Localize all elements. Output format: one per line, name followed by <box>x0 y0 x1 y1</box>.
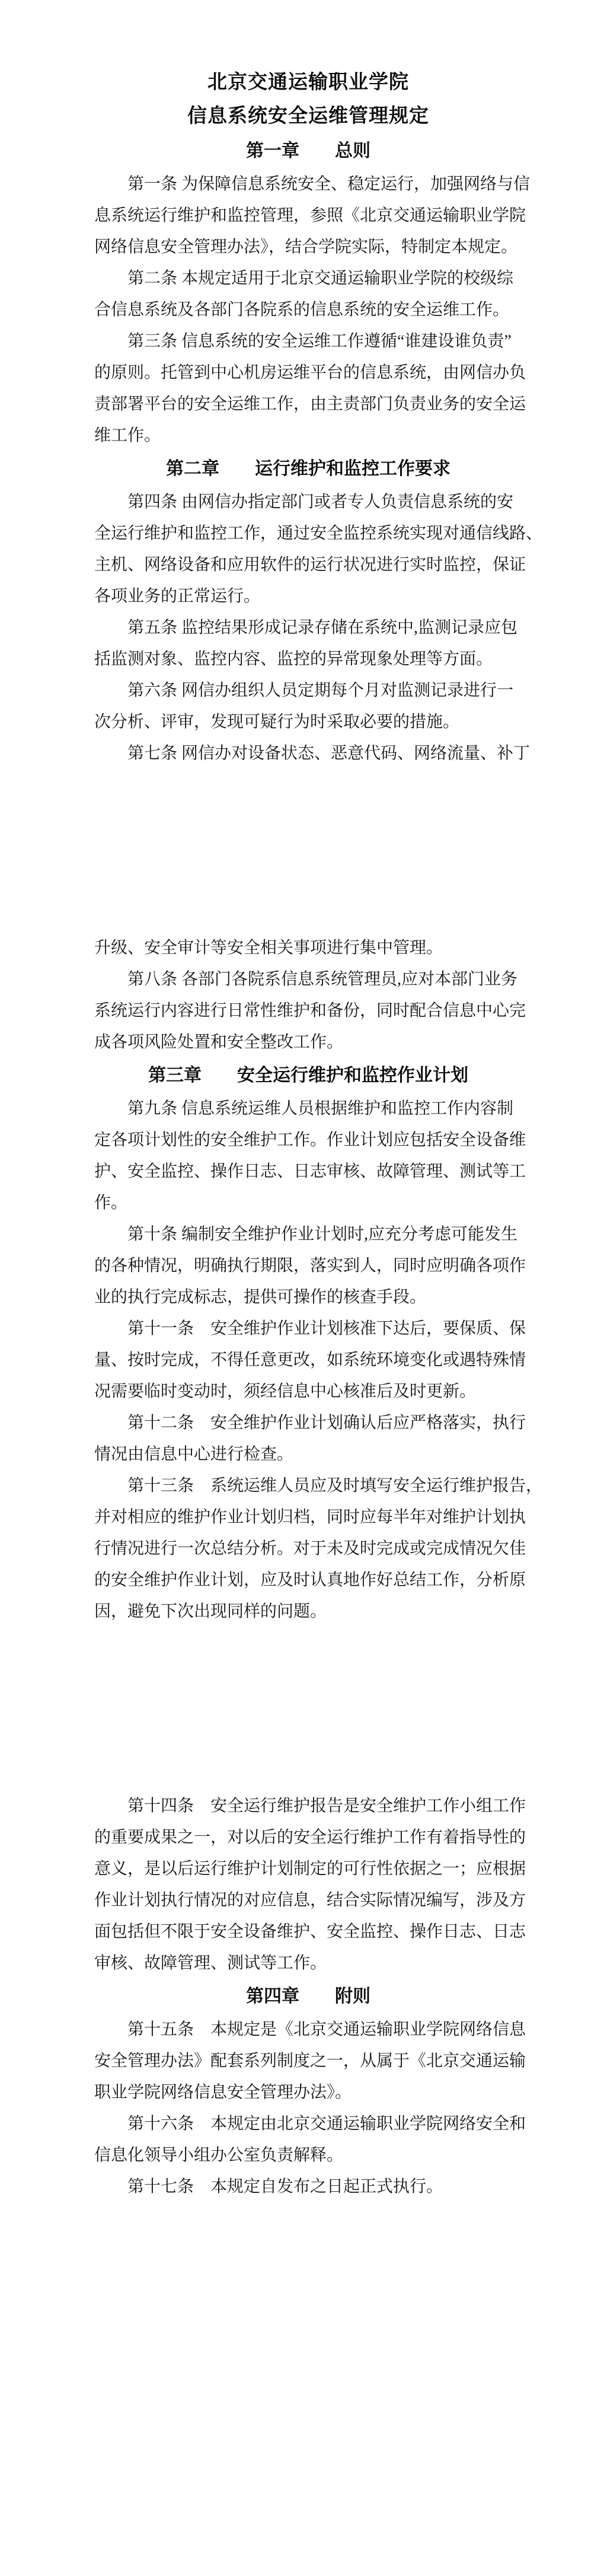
text-line: 的重要成果之一，对以后的安全运行维护工作有着指导性的 <box>94 1822 522 1853</box>
text-line: 第六条 网信办组织人员定期每个月对监测记录进行一 <box>94 675 522 706</box>
chapter-heading: 第四章 附则 <box>94 1981 522 2012</box>
text-line: 第十二条 安全维护作业计划确认后应严格落实，执行 <box>94 1407 522 1439</box>
paragraph: 第八条 各部门各院系信息系统管理员,应对本部门业务系统运行内容进行日常性维护和备… <box>94 964 522 1058</box>
text-line: 意义，是以后运行维护计划制定的可行性依据之一；应根据 <box>94 1853 522 1885</box>
text-line: 责部署平台的安全运维工作，由主责部门负责业务的安全运 <box>94 388 522 420</box>
paragraph: 第十七条 本规定自发布之日起正式执行。 <box>94 2171 522 2202</box>
text-line: 的各种情况，明确执行期限，落实到人，同时应明确各项作 <box>94 1250 522 1281</box>
document-page: 北京交通运输职业学院 信息系统安全运维管理规定 第一章 总则第一条 为保障信息系… <box>0 0 607 2576</box>
text-line: 第十条 编制安全维护作业计划时,应充分考虑可能发生 <box>94 1219 522 1250</box>
page-break-gap <box>94 1627 522 1790</box>
text-line: 全运行维护和监控工作，通过安全监控系统实现对通信线路、 <box>94 518 522 549</box>
paragraph: 第四条 由网信办指定部门或者专人负责信息系统的安全运行维护和监控工作，通过安全监… <box>94 486 522 612</box>
text-line: 升级、安全审计等安全相关事项进行集中管理。 <box>94 932 522 964</box>
paragraph: 升级、安全审计等安全相关事项进行集中管理。 <box>94 932 522 964</box>
text-line: 作业计划执行情况的对应信息，结合实际情况编写，涉及方 <box>94 1885 522 1916</box>
text-line: 面包括但不限于安全设备维护、安全监控、操作日志、日志 <box>94 1916 522 1947</box>
document-content: 北京交通运输职业学院 信息系统安全运维管理规定 第一章 总则第一条 为保障信息系… <box>94 0 522 2202</box>
text-line: 括监测对象、监控内容、监控的异常现象处理等方面。 <box>94 643 522 675</box>
text-line: 网络信息安全管理办法》，结合学院实际，特制定本规定。 <box>94 231 522 263</box>
text-line: 况需要临时变动时，须经信息中心核准后及时更新。 <box>94 1376 522 1407</box>
text-line: 行情况进行一次总结分析。对于未及时完成或完成情况欠佳 <box>94 1533 522 1564</box>
text-line: 主机、网络设备和应用软件的运行状况进行实时监控，保证 <box>94 549 522 581</box>
text-line: 第三条 信息系统的安全运维工作遵循“谁建设谁负责” <box>94 326 522 357</box>
document-title-line2: 信息系统安全运维管理规定 <box>94 100 522 133</box>
text-line: 安全管理办法》配套系列制度之一，从属于《北京交通运输 <box>94 2045 522 2077</box>
text-line: 第二条 本规定适用于北京交通运输职业学院的校级综 <box>94 263 522 294</box>
paragraph: 第十六条 本规定由北京交通运输职业学院网络安全和信息化领导小组办公室负责解释。 <box>94 2108 522 2171</box>
paragraph: 第一条 为保障信息系统安全、稳定运行，加强网络与信息系统运行维护和监控管理，参照… <box>94 168 522 263</box>
text-line: 护、安全监控、操作日志、日志审核、故障管理、测试等工 <box>94 1156 522 1187</box>
paragraph: 第十四条 安全运行维护报告是安全维护工作小组工作的重要成果之一，对以后的安全运行… <box>94 1790 522 1979</box>
text-line: 系统运行内容进行日常性维护和备份，同时配合信息中心完 <box>94 995 522 1026</box>
text-line: 第十四条 安全运行维护报告是安全维护工作小组工作 <box>94 1790 522 1822</box>
text-line: 职业学院网络信息安全管理办法》。 <box>94 2077 522 2108</box>
document-body: 第一章 总则第一条 为保障信息系统安全、稳定运行，加强网络与信息系统运行维护和监… <box>94 135 522 2202</box>
chapter-heading: 第三章 安全运行维护和监控作业计划 <box>94 1060 522 1091</box>
text-line: 成各项风险处置和安全整改工作。 <box>94 1026 522 1058</box>
paragraph: 第十一条 安全维护作业计划核准下达后，要保质、保量、按时完成，不得任意更改，如系… <box>94 1313 522 1407</box>
text-line: 各项业务的正常运行。 <box>94 581 522 612</box>
document-title-line1: 北京交通运输职业学院 <box>94 66 522 100</box>
text-line: 第八条 各部门各院系信息系统管理员,应对本部门业务 <box>94 964 522 995</box>
text-line: 合信息系统及各部门各院系的信息系统的安全运维工作。 <box>94 294 522 326</box>
text-line: 第十一条 安全维护作业计划核准下达后，要保质、保 <box>94 1313 522 1344</box>
text-line: 第十三条 系统运维人员应及时填写安全运行维护报告， <box>94 1470 522 1501</box>
text-line: 量、按时完成，不得任意更改，如系统环境变化或遇特殊情 <box>94 1344 522 1376</box>
paragraph: 第九条 信息系统运维人员根据维护和监控工作内容制定各项计划性的安全维护工作。作业… <box>94 1093 522 1219</box>
text-line: 定各项计划性的安全维护工作。作业计划应包括安全设备维 <box>94 1124 522 1156</box>
text-line: 并对相应的维护作业计划归档，同时应每半年对维护计划执 <box>94 1501 522 1533</box>
text-line: 维工作。 <box>94 420 522 451</box>
text-line: 因，避免下次出现同样的问题。 <box>94 1596 522 1627</box>
paragraph: 第二条 本规定适用于北京交通运输职业学院的校级综合信息系统及各部门各院系的信息系… <box>94 263 522 326</box>
text-line: 作。 <box>94 1187 522 1219</box>
chapter-heading: 第一章 总则 <box>94 135 522 167</box>
paragraph: 第七条 网信办对设备状态、恶意代码、网络流量、补丁 <box>94 738 522 769</box>
paragraph: 第十条 编制安全维护作业计划时,应充分考虑可能发生的各种情况，明确执行期限，落实… <box>94 1219 522 1313</box>
paragraph: 第十二条 安全维护作业计划确认后应严格落实，执行情况由信息中心进行检查。 <box>94 1407 522 1470</box>
text-line: 第四条 由网信办指定部门或者专人负责信息系统的安 <box>94 486 522 518</box>
text-line: 第七条 网信办对设备状态、恶意代码、网络流量、补丁 <box>94 738 522 769</box>
paragraph: 第六条 网信办组织人员定期每个月对监测记录进行一次分析、评审，发现可疑行为时采取… <box>94 675 522 738</box>
text-line: 息系统运行维护和监控管理，参照《北京交通运输职业学院 <box>94 200 522 231</box>
text-line: 第十七条 本规定自发布之日起正式执行。 <box>94 2171 522 2202</box>
text-line: 审核、故障管理、测试等工作。 <box>94 1947 522 1979</box>
page-break-gap <box>94 769 522 932</box>
text-line: 信息化领导小组办公室负责解释。 <box>94 2140 522 2171</box>
text-line: 的安全维护作业计划，应及时认真地作好总结工作，分析原 <box>94 1564 522 1596</box>
paragraph: 第十五条 本规定是《北京交通运输职业学院网络信息安全管理办法》配套系列制度之一，… <box>94 2014 522 2108</box>
text-line: 情况由信息中心进行检查。 <box>94 1439 522 1470</box>
text-line: 的原则。托管到中心机房运维平台的信息系统，由网信办负 <box>94 357 522 388</box>
text-line: 次分析、评审，发现可疑行为时采取必要的措施。 <box>94 706 522 738</box>
text-line: 第十五条 本规定是《北京交通运输职业学院网络信息 <box>94 2014 522 2045</box>
chapter-heading: 第二章 运行维护和监控工作要求 <box>94 453 522 484</box>
paragraph: 第五条 监控结果形成记录存储在系统中,监测记录应包括监测对象、监控内容、监控的异… <box>94 612 522 675</box>
text-line: 业的执行完成标志，提供可操作的核查手段。 <box>94 1281 522 1313</box>
text-line: 第一条 为保障信息系统安全、稳定运行，加强网络与信 <box>94 168 522 200</box>
text-line: 第九条 信息系统运维人员根据维护和监控工作内容制 <box>94 1093 522 1124</box>
paragraph: 第三条 信息系统的安全运维工作遵循“谁建设谁负责”的原则。托管到中心机房运维平台… <box>94 326 522 451</box>
paragraph: 第十三条 系统运维人员应及时填写安全运行维护报告，并对相应的维护作业计划归档，同… <box>94 1470 522 1627</box>
text-line: 第五条 监控结果形成记录存储在系统中,监测记录应包 <box>94 612 522 643</box>
text-line: 第十六条 本规定由北京交通运输职业学院网络安全和 <box>94 2108 522 2140</box>
